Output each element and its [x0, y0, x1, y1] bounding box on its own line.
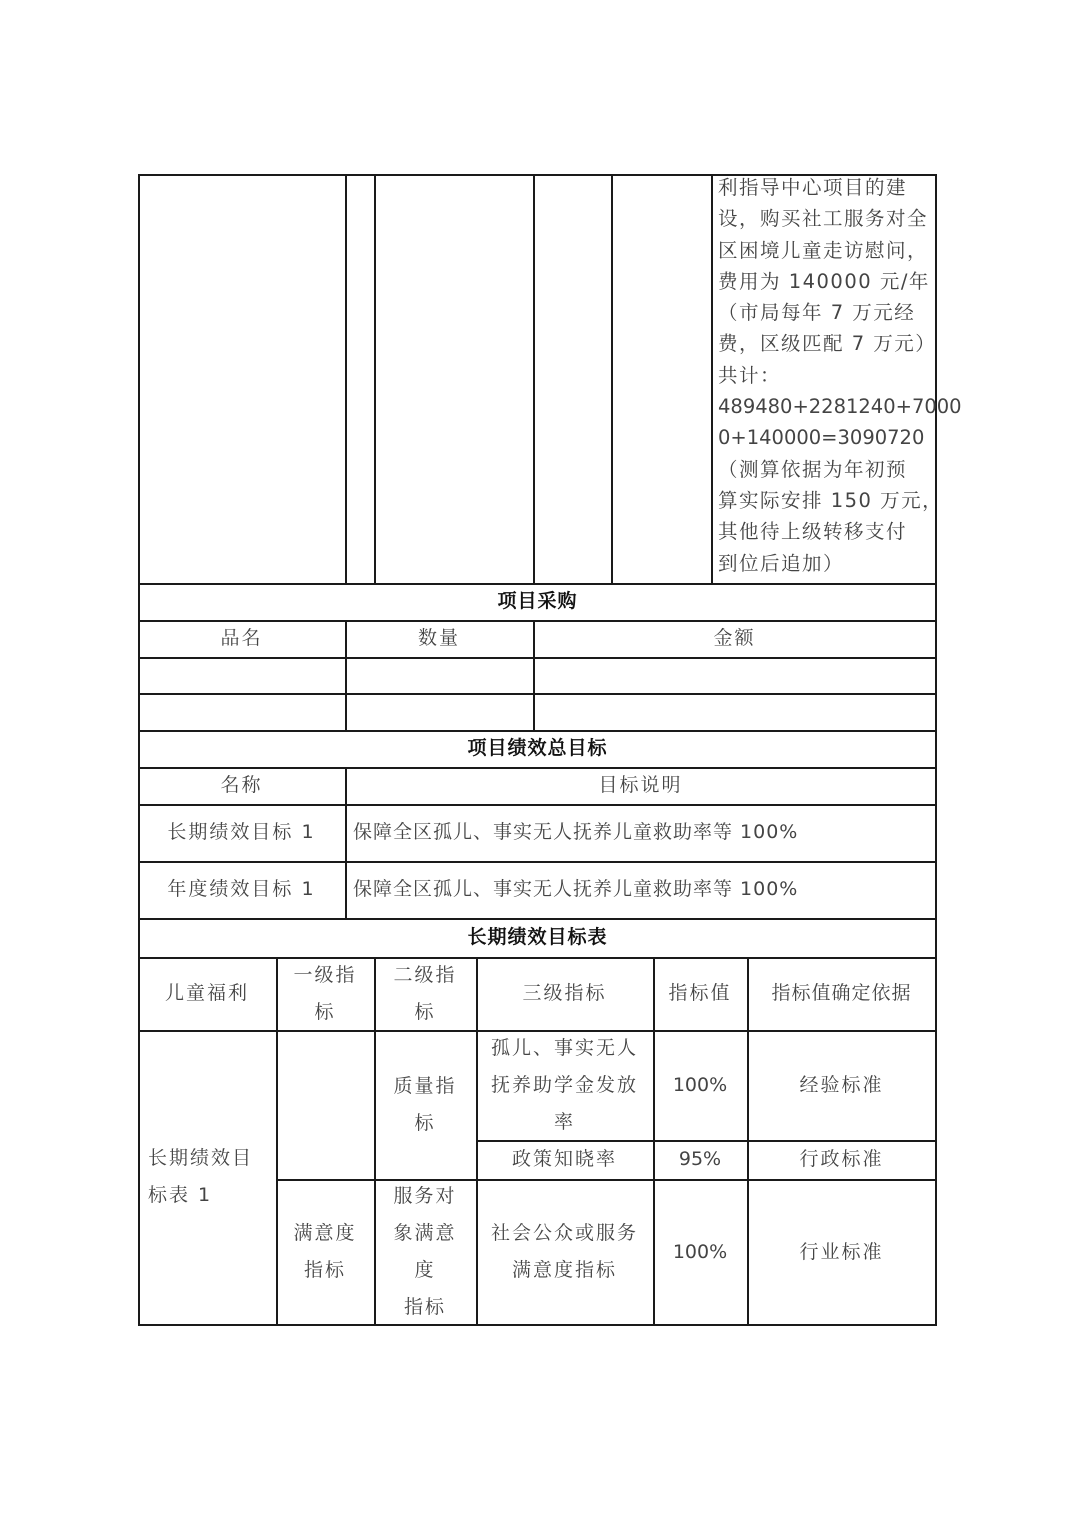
value-basis: 行政标准	[747, 1140, 936, 1179]
note-line: （市局每年 7 万元经	[718, 297, 933, 328]
budget-calculation-note: 利指导中心项目的建 设，购买社工服务对全 区困境儿童走访慰问， 费用为 1400…	[718, 172, 933, 579]
level2-quality-indicator: 质量指 标	[374, 1030, 476, 1179]
col-divider	[711, 174, 713, 583]
cell-text: 率	[554, 1104, 575, 1141]
header-name: 名称	[138, 767, 345, 804]
cell-text: 服务对	[393, 1178, 456, 1215]
indicator-value: 100%	[653, 1030, 747, 1140]
long-term-table-title: 长期绩效目标表	[138, 918, 937, 957]
level3-indicator: 社会公众或服务 满意度指标	[476, 1179, 653, 1325]
level1-satisfaction-indicator: 满意度 指标	[276, 1179, 374, 1325]
indicator-value: 95%	[653, 1140, 747, 1179]
indicator-value: 100%	[653, 1179, 747, 1325]
value-basis: 行业标准	[747, 1179, 936, 1325]
header-text: 二级指	[393, 957, 456, 994]
procurement-cell	[533, 693, 936, 730]
procurement-cell	[345, 693, 533, 730]
document-page: 利指导中心项目的建 设，购买社工服务对全 区困境儿童走访慰问， 费用为 1400…	[0, 0, 1074, 1520]
col-divider	[611, 174, 613, 583]
goal-description: 保障全区孤儿、事实无人抚养儿童救助率等 100%	[345, 861, 936, 918]
header-child-welfare: 儿童福利	[138, 957, 276, 1030]
cell-text: 度	[414, 1252, 435, 1289]
header-amount: 金额	[533, 620, 936, 657]
value-basis: 经验标准	[747, 1030, 936, 1140]
procurement-title: 项目采购	[138, 583, 937, 620]
procurement-cell	[138, 657, 345, 693]
row-label: 长期绩效目 标表 1	[138, 1140, 276, 1220]
level3-indicator: 孤儿、事实无人 抚养助学金发放 率	[476, 1030, 653, 1140]
note-line: 算实际安排 150 万元，	[718, 485, 933, 516]
note-line: 0+140000=3090720	[718, 422, 933, 453]
cell-text: 满意度	[293, 1215, 356, 1252]
header-level3-indicator: 三级指标	[476, 957, 653, 1030]
header-text: 一级指	[293, 957, 356, 994]
header-goal-description: 目标说明	[345, 767, 936, 804]
row-label-text: 标表 1	[148, 1177, 212, 1214]
table-border-bottom	[138, 1324, 937, 1326]
procurement-cell	[138, 693, 345, 730]
cell-text: 质量指	[393, 1068, 456, 1105]
cell-text: 象满意	[393, 1215, 456, 1252]
note-line: 共计：	[718, 360, 933, 391]
procurement-cell	[345, 657, 533, 693]
note-line: 到位后追加）	[718, 548, 933, 579]
note-line: 区困境儿童走访慰问，	[718, 235, 933, 266]
col-divider	[533, 174, 535, 583]
note-line: 利指导中心项目的建	[718, 172, 933, 203]
note-line: 其他待上级转移支付	[718, 516, 933, 547]
col-divider	[345, 174, 347, 583]
header-indicator-value: 指标值	[653, 957, 747, 1030]
overall-goals-title: 项目绩效总目标	[138, 730, 937, 767]
row-label-text: 长期绩效目	[148, 1140, 253, 1177]
header-level2-indicator: 二级指 标	[374, 957, 476, 1030]
cell-text: 标	[414, 1105, 435, 1142]
note-line: 489480+2281240+7000	[718, 391, 933, 422]
header-text: 标	[314, 994, 335, 1031]
note-line: 费，区级匹配 7 万元）	[718, 328, 933, 359]
col-divider	[374, 174, 376, 583]
cell-text: 抚养助学金发放	[491, 1067, 638, 1104]
cell-text: 孤儿、事实无人	[491, 1030, 638, 1067]
header-value-basis: 指标值确定依据	[747, 957, 936, 1030]
note-line: （测算依据为年初预	[718, 454, 933, 485]
goal-description: 保障全区孤儿、事实无人抚养儿童救助率等 100%	[345, 804, 936, 861]
cell-text: 满意度指标	[512, 1252, 617, 1289]
level2-service-satisfaction: 服务对 象满意 度 指标	[374, 1179, 476, 1325]
header-level1-indicator: 一级指 标	[276, 957, 374, 1030]
cell-text: 指标	[304, 1252, 346, 1289]
procurement-cell	[533, 657, 936, 693]
note-line: 设，购买社工服务对全	[718, 203, 933, 234]
note-line: 费用为 140000 元/年	[718, 266, 933, 297]
level3-indicator: 政策知晓率	[476, 1140, 653, 1179]
goal-name: 年度绩效目标 1	[138, 861, 345, 918]
goal-name: 长期绩效目标 1	[138, 804, 345, 861]
cell-text: 指标	[404, 1289, 446, 1326]
header-text: 标	[414, 994, 435, 1031]
header-item-name: 品名	[138, 620, 345, 657]
header-quantity: 数量	[345, 620, 533, 657]
cell-text: 社会公众或服务	[491, 1215, 638, 1252]
